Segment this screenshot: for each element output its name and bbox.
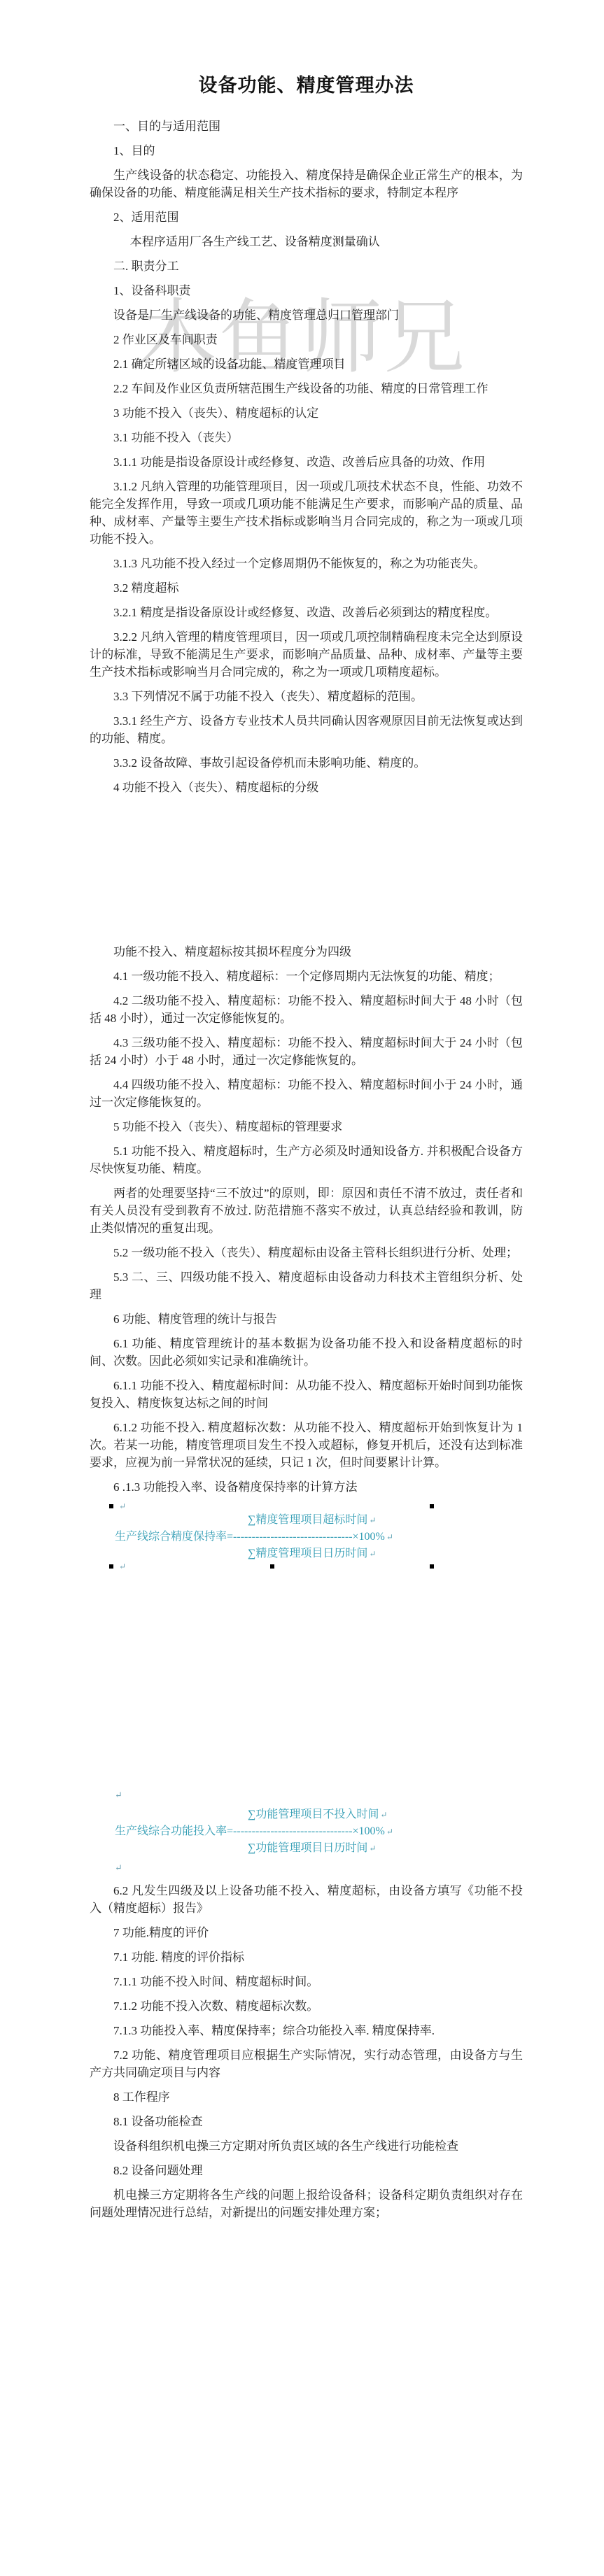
paragraph: 生产线设备的状态稳定、功能投入、精度保持是确保企业正常生产的根本，为确保设备的功… [90,167,523,201]
formula-denominator: ∑功能管理项目日历时间↵ [248,1840,523,1857]
paragraph: 3.1.1 功能是指设备原设计或经修复、改造、改善后应具备的功效、作用 [90,453,523,471]
fraction-bar-dashes: -------------------------------- [233,1531,353,1543]
paragraph: 4.3 三级功能不投入、精度超标：功能不投入、精度超标时间大于 24 小时（包括… [90,1034,523,1069]
paragraph: 8.1 设备功能检查 [90,2113,523,2130]
paragraph: 3.1.3 凡功能不投入经过一个定修周期仍不能恢复的，称之为功能丧失。 [90,555,523,572]
formula-denominator: ∑精度管理项目日历时间↵ [248,1545,523,1562]
paragraph: 6.1.2 功能不投入. 精度超标次数：从功能不投入、精度超标开始到恢复计为 1… [90,1419,523,1471]
paragraph: 2 作业区及车间职责 [90,331,523,348]
paragraph: 3.3 下列情况不属于功能不投入（丧失）、精度超标的范围。 [90,688,523,705]
paragraph: 二. 职责分工 [90,257,523,275]
paragraph: 4 功能不投入（丧失）、精度超标的分级 [90,779,523,796]
line-break-mark: ↵ [369,1843,376,1853]
paragraph: 1、设备科职责 [90,282,523,299]
section-intro: 一、目的与适用范围1、目的生产线设备的状态稳定、功能投入、精度保持是确保企业正常… [90,118,523,796]
document-page: 木鱼师兄 设备功能、精度管理办法 一、目的与适用范围1、目的生产线设备的状态稳定… [0,0,604,2576]
paragraph: 2、适用范围 [90,208,523,226]
paragraph: 8 工作程序 [90,2088,523,2106]
paragraph: 7.1.3 功能投入率、精度保持率；综合功能投入率. 精度保持率. [90,2022,523,2039]
paragraph-mark: ↵ [115,1788,523,1802]
paragraph: 6.1.1 功能不投入、精度超标时间：从功能不投入、精度超标开始时间到功能恢复投… [90,1377,523,1412]
line-break-mark: ↵ [119,1562,126,1571]
page-break-gap [90,1576,523,1785]
paragraph: 2.2 车间及作业区负责所辖范围生产线设备的功能、精度的日常管理工作 [90,380,523,397]
paragraph: 机电操三方定期将各生产线的问题上报给设备科；设备科定期负责组织对存在问题处理情况… [90,2186,523,2221]
selection-handle-bottom-right[interactable] [430,1564,434,1569]
paragraph: 7.1.1 功能不投入时间、精度超标时间。 [90,1973,523,1990]
paragraph: 1、目的 [90,142,523,160]
document-title: 设备功能、精度管理办法 [90,73,523,98]
paragraph: 6.2 凡发生四级及以上设备功能不投入、精度超标，由设备方填写《功能不投入（精度… [90,1882,523,1917]
line-break-mark: ↵ [386,1532,393,1542]
line-break-mark: ↵ [369,1515,376,1525]
line-break-mark: ↵ [380,1810,387,1820]
paragraph: 8.2 设备问题处理 [90,2162,523,2179]
selection-handle-top-right[interactable] [430,1504,434,1508]
formula-numerator: ∑功能管理项目不投入时间↵ [248,1806,523,1823]
paragraph: 4.4 四级功能不投入、精度超标：功能不投入、精度超标时间小于 24 小时，通过… [90,1076,523,1111]
paragraph: 3.3.2 设备故障、事故引起设备停机而未影响功能、精度的。 [90,754,523,772]
formula-function-rate: ∑功能管理项目不投入时间↵ 生产线综合功能投入率=---------------… [90,1806,523,1857]
paragraph: 本程序适用厂各生产线工艺、设备精度测量确认 [90,233,523,250]
paragraph: 7 功能.精度的评价 [90,1924,523,1941]
paragraph: 3.1.2 凡纳入管理的功能管理项目，因一项或几项技术状态不良，性能、功效不能完… [90,478,523,548]
formula-numerator: ∑精度管理项目超标时间↵ [248,1512,523,1529]
page-break-gap [90,803,523,936]
paragraph: 3.1 功能不投入（丧失） [90,429,523,446]
formula-precision-rate: ∑精度管理项目超标时间↵ 生产线综合精度保持率=----------------… [90,1503,523,1562]
selection-handle-top-left[interactable] [109,1504,113,1508]
formula-equation-line: 生产线综合功能投入率=-----------------------------… [115,1823,523,1840]
document-content: 设备功能、精度管理办法 一、目的与适用范围1、目的生产线设备的状态稳定、功能投入… [90,73,523,2221]
line-break-mark: ↵ [119,1502,126,1510]
paragraph: 7.1 功能. 精度的评价指标 [90,1948,523,1966]
fraction-bar-dashes: -------------------------------- [233,1825,353,1837]
paragraph: 4.2 二级功能不投入、精度超标：功能不投入、精度超标时间大于 48 小时（包括… [90,992,523,1027]
paragraph: 7.2 功能、精度管理项目应根据生产实际情况，实行动态管理，由设备方与生产方共同… [90,2046,523,2081]
formula-object-precision-rate[interactable]: ↵ ∑精度管理项目超标时间↵ 生产线综合精度保持率=--------------… [90,1503,523,1570]
paragraph: 5.1 功能不投入、精度超标时，生产方必须及时通知设备方. 并积极配合设备方尽快… [90,1142,523,1177]
paragraph: 6 功能、精度管理的统计与报告 [90,1310,523,1328]
paragraph: 两者的处理要坚持“三不放过”的原则，即：原因和责任不清不放过，责任者和有关人员没… [90,1184,523,1237]
paragraph: 7.1.2 功能不投入次数、精度超标次数。 [90,1997,523,2015]
line-break-mark: ↵ [386,1827,393,1837]
paragraph: 2.1 确定所辖区域的设备功能、精度管理项目 [90,355,523,373]
paragraph: 设备科组织机电操三方定期对所负责区域的各生产线进行功能检查 [90,2137,523,2155]
line-break-mark: ↵ [369,1549,376,1559]
selection-handle-bottom-left[interactable] [109,1564,113,1569]
paragraph: 设备是厂生产线设备的功能、精度管理总归口管理部门 [90,306,523,324]
paragraph: 5.2 一级功能不投入（丧失）、精度超标由设备主管科长组织进行分析、处理； [90,1244,523,1261]
paragraph: 3.2.2 凡纳入管理的精度管理项目，因一项或几项控制精确程度未完全达到原设计的… [90,628,523,681]
paragraph-mark: ↵ [115,1861,523,1875]
formula-equation-line: 生产线综合精度保持率=-----------------------------… [115,1529,523,1545]
paragraph: 5.3 二、三、四级功能不投入、精度超标由设备动力科技术主管组织分析、处理 [90,1268,523,1303]
paragraph: 一、目的与适用范围 [90,118,523,135]
paragraph: 3.3.1 经生产方、设备方专业技术人员共同确认因客观原因目前无法恢复或达到的功… [90,712,523,747]
section-closing: 6.2 凡发生四级及以上设备功能不投入、精度超标，由设备方填写《功能不投入（精度… [90,1882,523,2221]
paragraph: 6.1 功能、精度管理统计的基本数据为设备功能不投入和设备精度超标的时间、次数。… [90,1335,523,1370]
section-grading: 功能不投入、精度超标按其损坏程度分为四级4.1 一级功能不投入、精度超标：一个定… [90,943,523,1496]
paragraph: 6 .1.3 功能投入率、设备精度保持率的计算方法 [90,1478,523,1496]
paragraph: 5 功能不投入（丧失）、精度超标的管理要求 [90,1118,523,1135]
paragraph: 3.2.1 精度是指设备原设计或经修复、改造、改善后必须到达的精度程度。 [90,604,523,621]
paragraph: 3.2 精度超标 [90,579,523,597]
paragraph: 4.1 一级功能不投入、精度超标：一个定修周期内无法恢复的功能、精度； [90,968,523,985]
paragraph: 功能不投入、精度超标按其损坏程度分为四级 [90,943,523,961]
selection-handle-bottom-center[interactable] [270,1564,274,1569]
paragraph: 3 功能不投入（丧失）、精度超标的认定 [90,404,523,422]
